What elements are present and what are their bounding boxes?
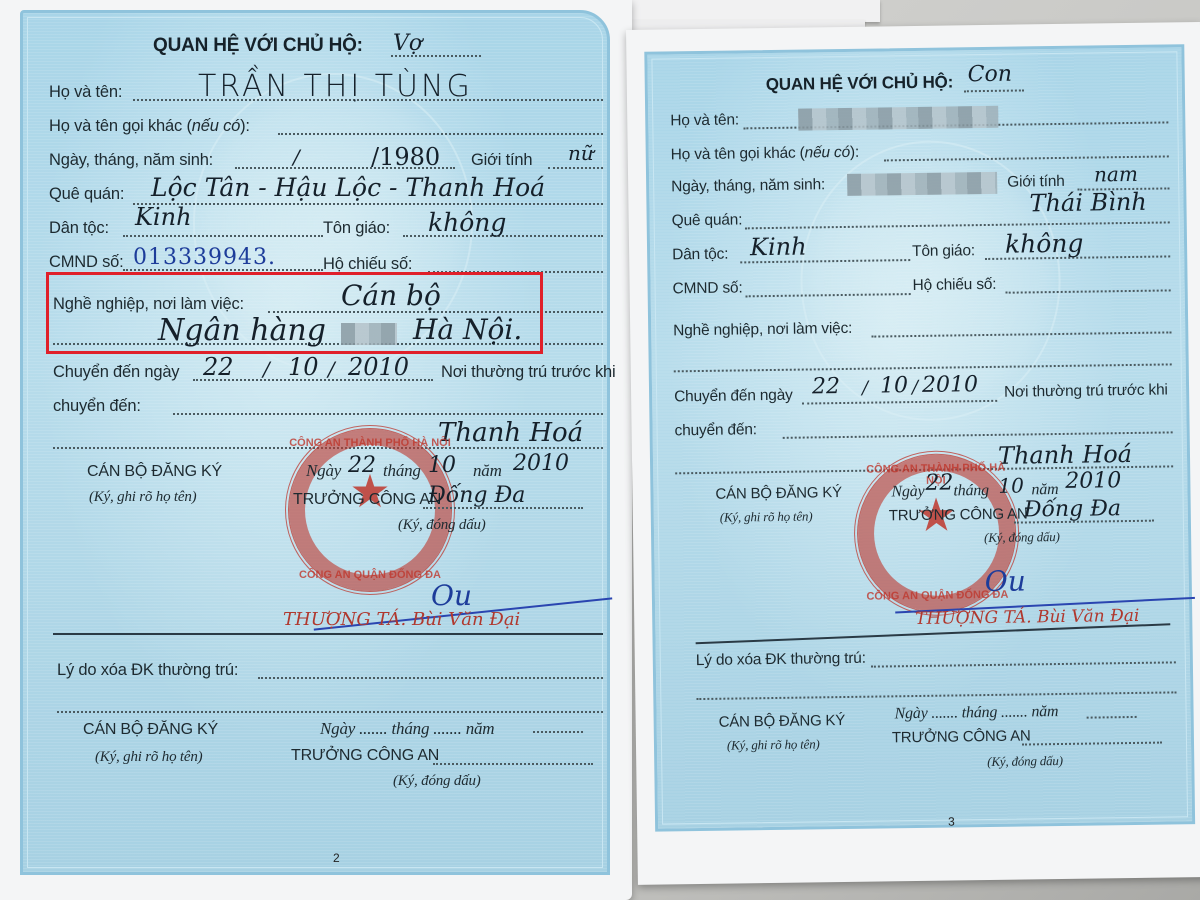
deletion-reason-label: Lý do xóa ĐK thường trú:: [57, 661, 238, 680]
id-number-value: 013339943.: [133, 245, 276, 270]
gender-value: nam: [1094, 162, 1138, 187]
police-stamp: CÔNG AN THÀNH PHỐ HÀ NỘI ★ CÔNG AN QUẬN …: [285, 425, 455, 595]
occupation-highlight-box: [46, 272, 543, 354]
right-page-sheet: QUAN HỆ VỚI CHỦ HỘ: Con Họ và tên: Họ và…: [644, 44, 1195, 831]
chief-sub: (Ký, đóng dấu): [984, 529, 1060, 546]
background-paper-slip: [590, 0, 880, 22]
left-page: QUAN HỆ VỚI CHỦ HỘ: Vợ Họ và tên: TRẦN T…: [0, 0, 632, 900]
passport-label: Hộ chiếu số:: [912, 276, 996, 295]
id-number-label: CMND số:: [673, 279, 743, 298]
moved-in-label: Chuyển đến ngày: [53, 363, 179, 382]
reg-date: Ngày: [306, 461, 341, 481]
dob-label: Ngày, tháng, năm sinh:: [49, 151, 213, 170]
chief-area: Đống Đa: [428, 483, 525, 508]
hometown-value: Lộc Tân - Hậu Lộc - Thanh Hoá: [151, 173, 545, 202]
prev-residence-label2: chuyển đến:: [53, 397, 141, 416]
alias-label: Họ và tên gọi khác (nếu có):: [671, 144, 860, 165]
ethnicity-label: Dân tộc:: [672, 246, 728, 265]
deletion-chief-label: TRƯỞNG CÔNG AN: [892, 727, 1031, 746]
full-name-label: Họ và tên:: [49, 83, 122, 102]
signature: Ou: [985, 564, 1026, 598]
dob-year: /1980: [371, 143, 440, 171]
deletion-chief-sub: (Ký, đóng dấu): [987, 753, 1063, 770]
moved-in-month: 10: [880, 373, 908, 398]
ethnicity-value: Kinh: [135, 203, 192, 231]
full-name-value: TRẦN THỊ TÙNG: [198, 69, 473, 104]
dob-label: Ngày, tháng, năm sinh:: [671, 176, 825, 196]
religion-value: không: [428, 208, 506, 237]
page-number: 3: [948, 814, 955, 828]
moved-in-month: 10: [288, 353, 319, 381]
prev-residence-value: Thanh Hoá: [438, 418, 583, 448]
registrar-sub: (Ký, ghi rõ họ tên): [89, 489, 196, 506]
divider-line: [53, 633, 603, 635]
prev-residence-value: Thanh Hoá: [998, 440, 1132, 470]
occupation-label: Nghề nghiệp, nơi làm việc:: [673, 320, 852, 340]
deletion-chief-label: TRƯỞNG CÔNG AN: [291, 747, 439, 765]
religion-label: Tôn giáo:: [912, 242, 975, 261]
moved-in-day: 22: [812, 374, 840, 399]
chief-sub: (Ký, đóng dấu): [398, 517, 486, 534]
deletion-registrar-label: CÁN BỘ ĐĂNG KÝ: [83, 721, 218, 739]
gender-value: nữ: [568, 141, 594, 165]
religion-label: Tôn giáo:: [323, 219, 390, 238]
registrar-sub: (Ký, ghi rõ họ tên): [720, 508, 813, 525]
right-page: QUAN HỆ VỚI CHỦ HỘ: Con Họ và tên: Họ và…: [626, 22, 1200, 885]
deletion-registrar-sub: (Ký, ghi rõ họ tên): [727, 736, 820, 753]
registrar-label: CÁN BỘ ĐĂNG KÝ: [715, 484, 842, 503]
deletion-registrar-sub: (Ký, ghi rõ họ tên): [95, 749, 202, 766]
hometown-label: Quê quán:: [672, 211, 743, 230]
gender-label: Giới tính: [471, 151, 532, 170]
registrar-label: CÁN BỘ ĐĂNG KÝ: [87, 463, 222, 481]
chief-label: TRƯỞNG CÔNG AN: [889, 505, 1028, 524]
prev-residence-label2: chuyển đến:: [674, 421, 757, 440]
full-name-label: Họ và tên:: [670, 111, 739, 130]
moved-in-year: 2010: [348, 353, 409, 381]
ethnicity-value: Kinh: [750, 233, 807, 262]
prev-residence-label: Nơi thường trú trước khi: [441, 363, 615, 382]
page-number: 2: [333, 851, 340, 865]
deletion-date: Ngày ....... tháng ....... năm: [320, 719, 494, 739]
relationship-value: Con: [967, 62, 1012, 88]
prev-residence-label: Nơi thường trú trước khi: [1004, 381, 1168, 401]
chief-label: TRƯỞNG CÔNG AN: [293, 491, 441, 509]
hometown-label: Quê quán:: [49, 185, 124, 204]
signature: Ou: [431, 579, 472, 612]
relationship-value: Vợ: [393, 31, 422, 56]
moved-in-day: 22: [203, 353, 234, 381]
religion-value: không: [1005, 229, 1084, 259]
deletion-reason-label: Lý do xóa ĐK thường trú:: [696, 650, 866, 670]
moved-in-label: Chuyển đến ngày: [674, 387, 793, 407]
redacted-full-name: [798, 106, 998, 131]
chief-area: Đống Đa: [1024, 496, 1122, 522]
left-page-sheet: QUAN HỆ VỚI CHỦ HỘ: Vợ Họ và tên: TRẦN T…: [20, 10, 610, 875]
relationship-title: QUAN HỆ VỚI CHỦ HỘ:: [766, 72, 954, 95]
deletion-registrar-label: CÁN BỘ ĐĂNG KÝ: [719, 712, 846, 731]
redacted-dob: [847, 172, 997, 196]
alias-label: Họ và tên gọi khác (nếu có):: [49, 117, 250, 136]
deletion-chief-sub: (Ký, đóng dấu): [393, 773, 481, 790]
relationship-title: QUAN HỆ VỚI CHỦ HỘ:: [153, 35, 363, 57]
ethnicity-label: Dân tộc:: [49, 219, 109, 238]
hometown-value: Thái Bình: [1029, 188, 1147, 218]
deletion-date: Ngày ....... tháng ....... năm: [894, 703, 1058, 723]
signer-name: THƯỢNG TÁ. Bùi Văn Đại: [283, 609, 520, 630]
id-number-label: CMND số:: [49, 253, 124, 272]
moved-in-year: 2010: [922, 372, 978, 398]
